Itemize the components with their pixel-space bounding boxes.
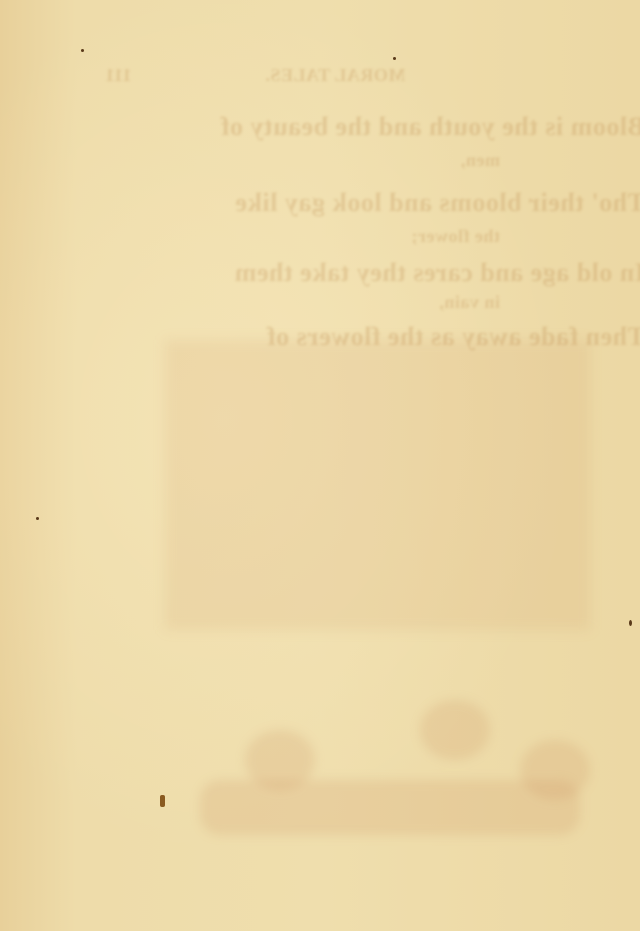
mirrored-text-line: Bloom is the youth and the beauty of <box>105 112 640 142</box>
mirrored-text-line: In old age and cares they take them <box>105 258 640 288</box>
paper-speck <box>160 795 165 807</box>
bleed-through-illustration <box>165 340 590 630</box>
mirrored-text-line: Tho' their blooms and look gay like <box>105 188 640 218</box>
paper-speck <box>393 57 396 60</box>
mirrored-text-line: the flower; <box>300 226 500 247</box>
mirrored-running-header: MORAL TALES. <box>265 65 405 86</box>
mirrored-text-line: men, <box>300 150 500 171</box>
paper-speck <box>36 517 39 520</box>
mirrored-text-line: in vain, <box>300 292 500 313</box>
paper-speck <box>81 49 84 52</box>
paper-speck <box>629 620 632 626</box>
book-page: 111 MORAL TALES. Bloom is the youth and … <box>0 0 640 931</box>
ornamental-tailpiece <box>200 700 600 840</box>
mirrored-page-number: 111 <box>105 65 132 86</box>
